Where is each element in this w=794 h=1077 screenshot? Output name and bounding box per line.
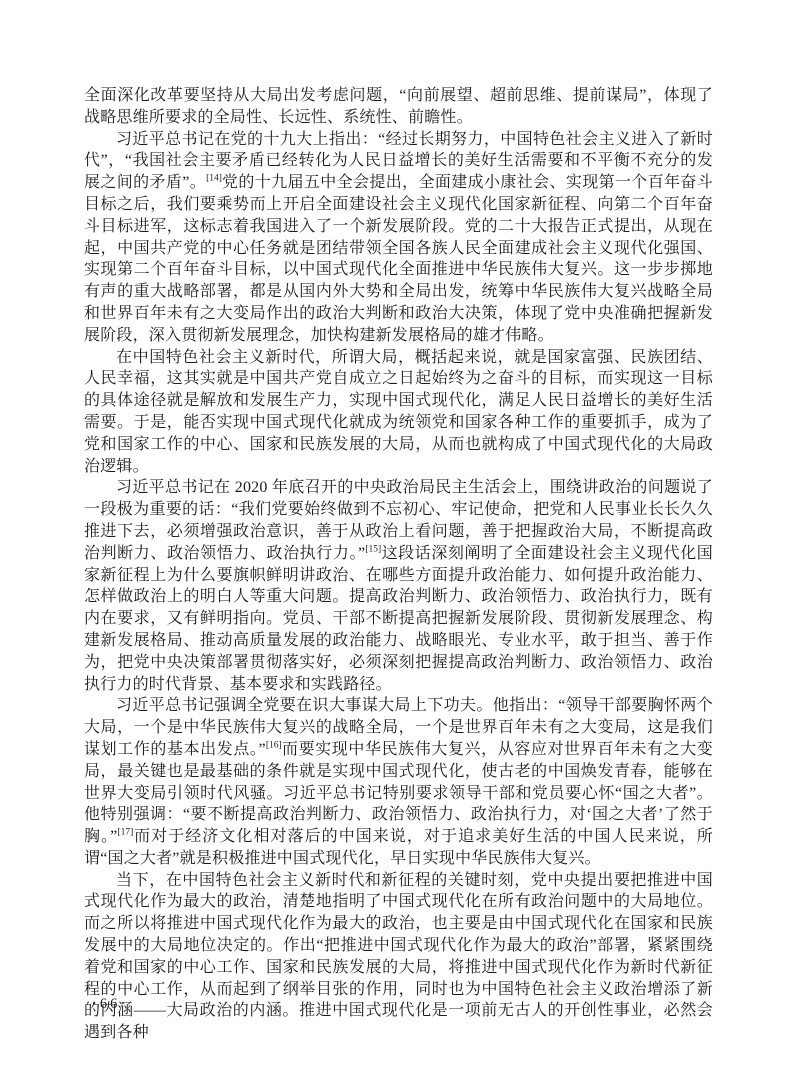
page-number: ·66· (92, 996, 128, 1013)
paragraph-text: 党的十九届五中全会提出，全面建成小康社会、实现第一个百年奋斗目标之后，我们要乘势… (84, 174, 713, 344)
paragraph-biggest-politics: 当下，在中国特色社会主义新时代和新征程的关键时刻，党中央提出要把推进中国式现代化… (84, 870, 713, 1044)
footnote-ref-15: [15] (365, 544, 381, 554)
paragraph-text: 在中国特色社会主义新时代，所谓大局，概括起来说，就是国家富强、民族团结、人民幸福… (84, 349, 713, 475)
document-body: 全面深化改革要坚持从大局出发考虑问题，“向前展望、超前思维、提前谋局”，体现了战… (84, 85, 713, 1044)
paragraph-text: 而对于经济文化相对落后的中国来说，对于追求美好生活的中国人民来说，所谓“国之大者… (84, 828, 713, 867)
paragraph-19th-congress: 习近平总书记在党的十九大上指出：“经过长期努力，中国特色社会主义进入了新时代”，… (84, 129, 713, 347)
paragraph-text: 这段话深刻阐明了全面建设社会主义现代化国家新征程上为什么要旗帜鲜明讲政治、在哪些… (84, 545, 713, 693)
document-page: 全面深化改革要坚持从大局出发考虑问题，“向前展望、超前思维、提前谋局”，体现了战… (0, 0, 794, 1077)
paragraph-text: 全面深化改革要坚持从大局出发考虑问题，“向前展望、超前思维、提前谋局”，体现了战… (84, 87, 713, 126)
paragraph-two-overall-situations: 习近平总书记强调全党要在识大事谋大局上下功夫。他指出：“领导干部要胸怀两个大局，… (84, 695, 713, 869)
paragraph-2020-democratic-life-meeting: 习近平总书记在 2020 年底召开的中央政治局民主生活会上，围绕讲政治的问题说了… (84, 477, 713, 695)
footnote-ref-17: [17] (117, 828, 133, 838)
paragraph-continuation: 全面深化改革要坚持从大局出发考虑问题，“向前展望、超前思维、提前谋局”，体现了战… (84, 85, 713, 129)
paragraph-new-era-daju: 在中国特色社会主义新时代，所谓大局，概括起来说，就是国家富强、民族团结、人民幸福… (84, 347, 713, 478)
paragraph-text: 当下，在中国特色社会主义新时代和新征程的关键时刻，党中央提出要把推进中国式现代化… (84, 872, 713, 1042)
footnote-ref-14: [14] (206, 174, 222, 184)
footnote-ref-16: [16] (266, 741, 282, 751)
